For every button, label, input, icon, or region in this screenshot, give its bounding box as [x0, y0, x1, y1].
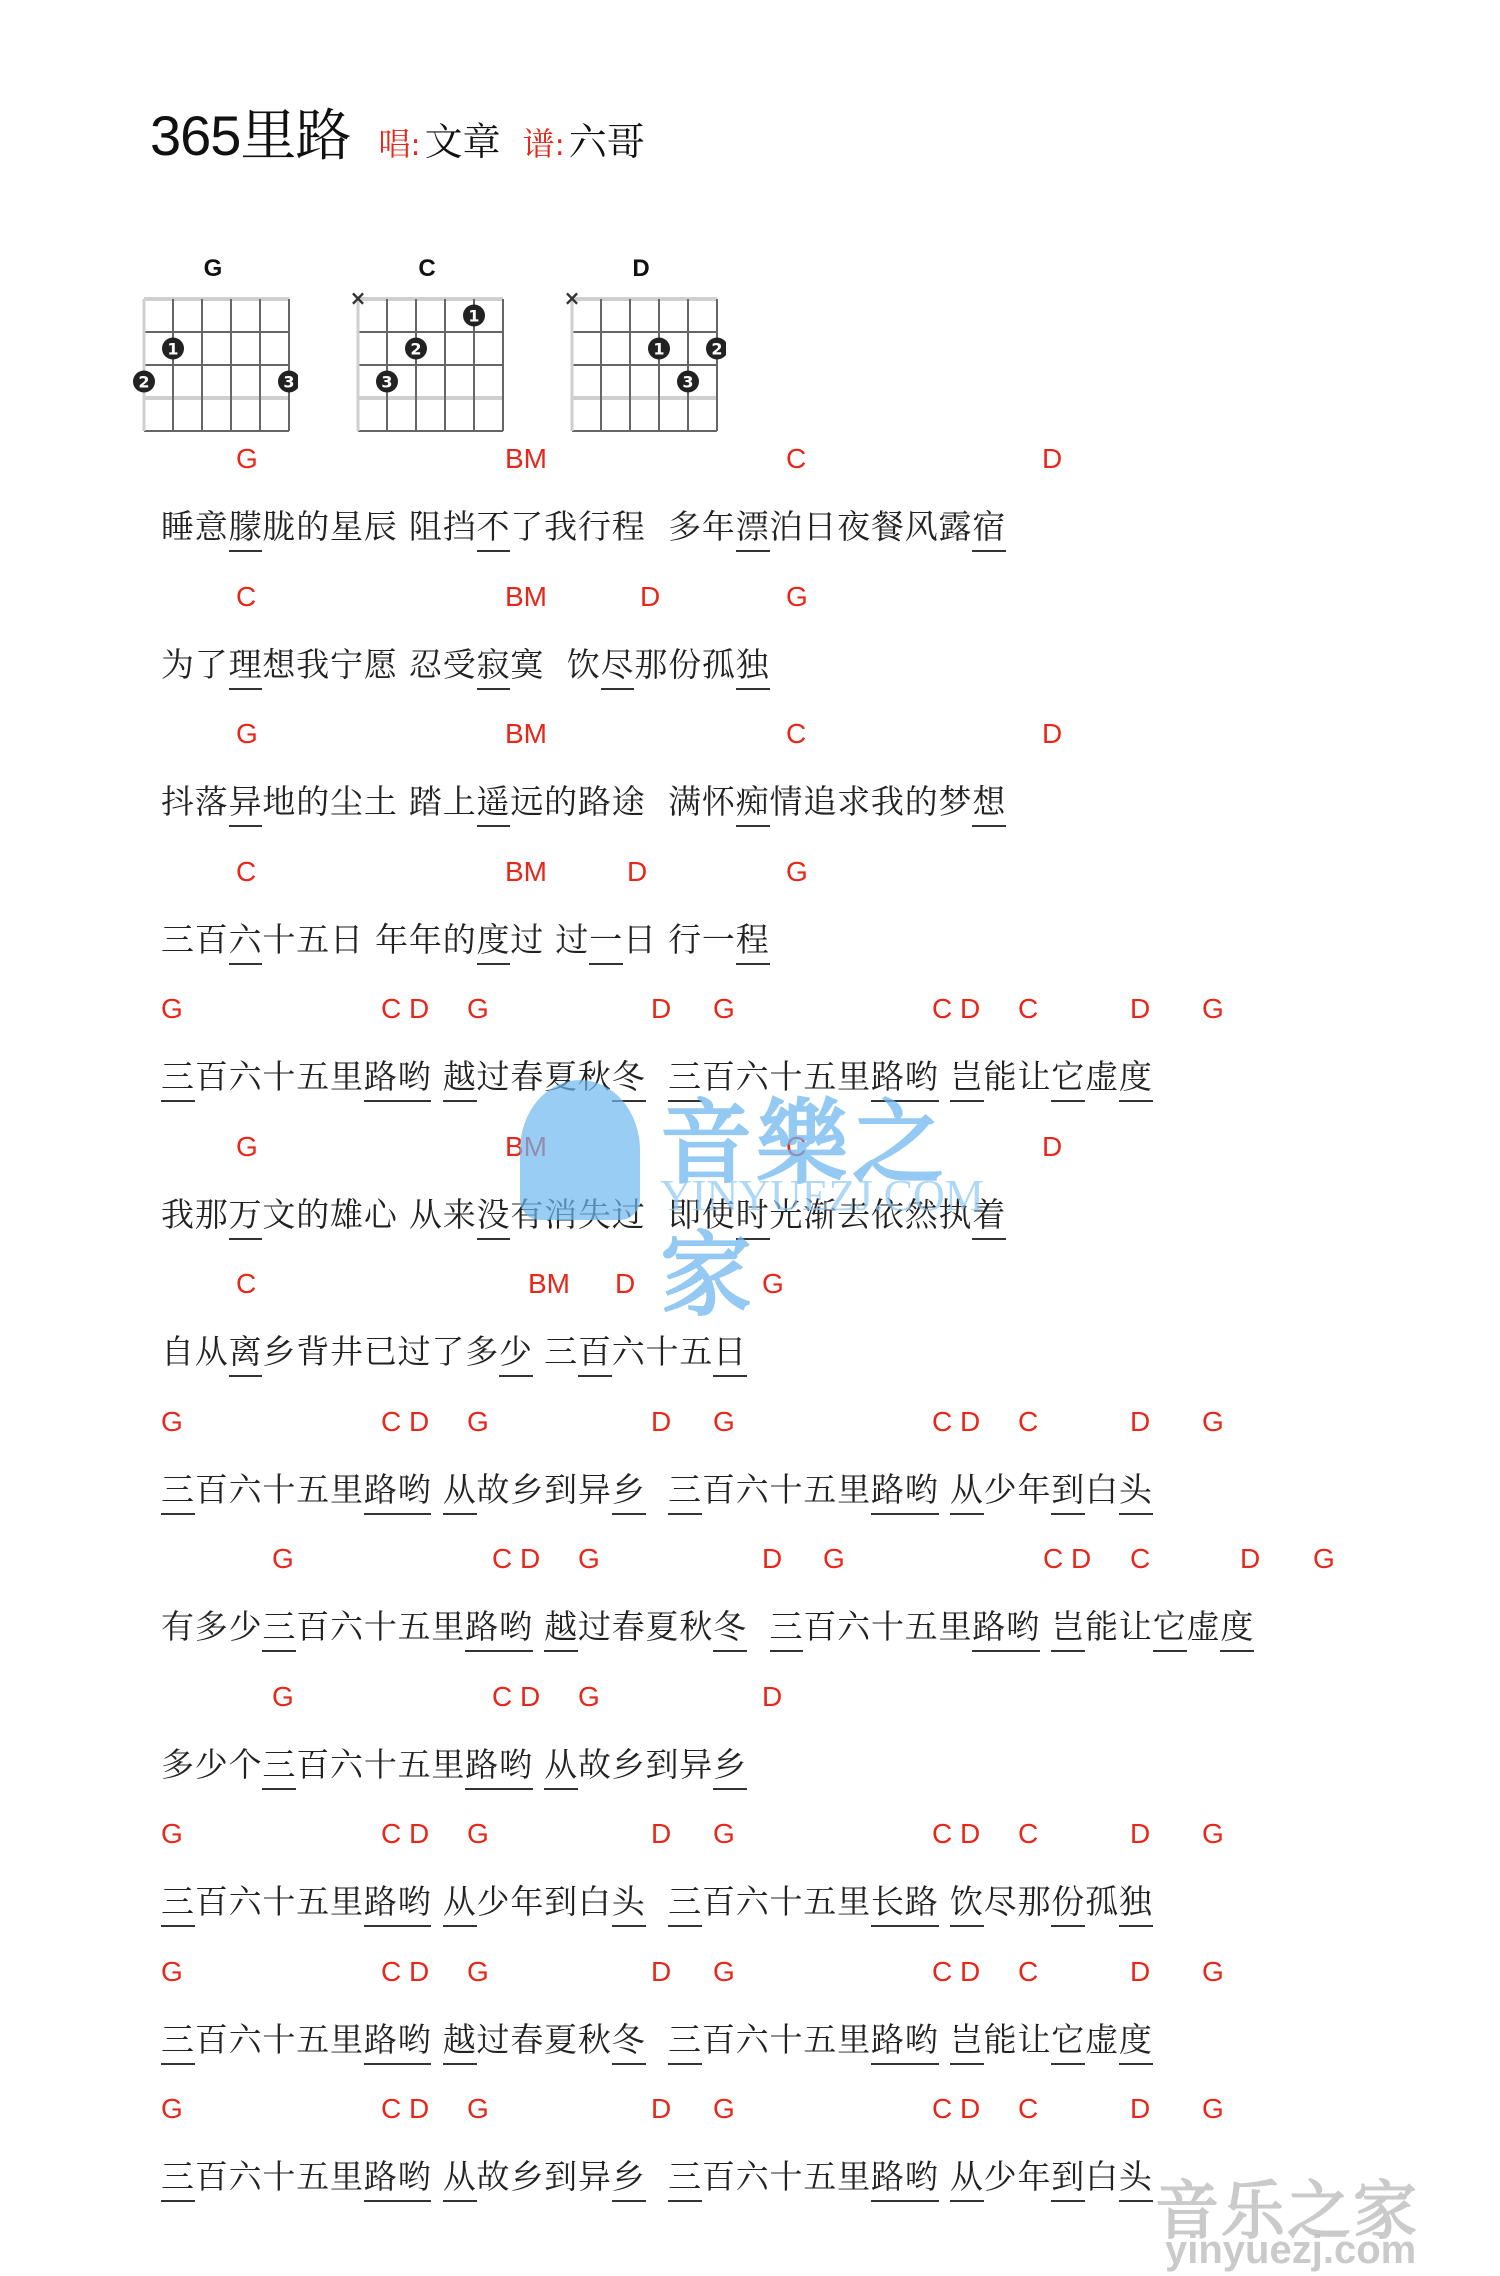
- chord-symbol: G: [236, 718, 258, 750]
- chord-symbol: C: [786, 1131, 806, 1163]
- chord-symbol: G: [1202, 2093, 1224, 2125]
- chord-symbol: BM: [505, 856, 547, 888]
- chord-symbol: D: [1042, 718, 1062, 750]
- chord-anchor-syllable: 头: [1119, 1470, 1153, 1515]
- chord-anchor-syllable: 路哟: [364, 1882, 432, 1927]
- chord-anchor-syllable: 饮: [950, 1882, 984, 1927]
- arranger-sep: :: [555, 128, 565, 163]
- chord-symbol: D: [615, 1268, 635, 1300]
- chord-anchor-syllable: 独: [736, 645, 770, 690]
- chord-anchor-syllable: 它: [1153, 1607, 1187, 1652]
- chord-anchor-syllable: 没: [477, 1195, 511, 1240]
- chord-symbol: C: [786, 443, 806, 475]
- chord-symbol: D: [651, 993, 671, 1025]
- svg-text:2: 2: [138, 373, 149, 392]
- chord-anchor-syllable: 三: [161, 2020, 195, 2065]
- chord-symbol: G: [161, 1956, 183, 1988]
- chord-symbol: D: [1130, 2093, 1150, 2125]
- chord-anchor-syllable: 三: [668, 1057, 702, 1102]
- chord-anchor-syllable: 三: [770, 1607, 804, 1652]
- chord-symbol: C: [1018, 993, 1038, 1025]
- chord-symbol: G: [161, 993, 183, 1025]
- chord-anchor-syllable: 想: [972, 782, 1006, 827]
- chord-anchor-syllable: 到: [1051, 1470, 1085, 1515]
- chord-symbol: G: [161, 1818, 183, 1850]
- chord-symbol: D: [651, 2093, 671, 2125]
- chord-symbol: C D: [932, 1818, 980, 1850]
- chord-symbol: G: [161, 2093, 183, 2125]
- svg-text:2: 2: [711, 340, 722, 359]
- chord-symbol: D: [640, 581, 660, 613]
- svg-text:3: 3: [682, 373, 693, 392]
- chord-anchor-syllable: 从: [443, 1882, 477, 1927]
- chord-anchor-syllable: 路哟: [972, 1607, 1040, 1652]
- chord-symbol: G: [713, 2093, 735, 2125]
- watermark-url: yinyuezj.com: [1165, 2228, 1416, 2273]
- singer-sep: :: [410, 128, 420, 163]
- chord-anchor-syllable: 越: [443, 2020, 477, 2065]
- chord-anchor-syllable: 长路: [871, 1882, 939, 1927]
- chord-symbol: G: [161, 1406, 183, 1438]
- chord-anchor-syllable: 路哟: [364, 1470, 432, 1515]
- chord-anchor-syllable: 三: [668, 2020, 702, 2065]
- chord-anchor-syllable: 度: [1119, 1057, 1153, 1102]
- chord-symbol: C: [236, 581, 256, 613]
- lyric-text: 我那万文的雄心 从来没有消失过 即使时光渐去依然执着: [161, 1189, 1006, 1236]
- chord-anchor-syllable: 三: [668, 2157, 702, 2202]
- chord-symbol: G: [578, 1681, 600, 1713]
- chord-anchor-syllable: 越: [544, 1607, 578, 1652]
- chord-anchor-syllable: 三: [161, 1057, 195, 1102]
- chord-anchor-syllable: 度: [1220, 1607, 1254, 1652]
- chord-anchor-syllable: 寂: [477, 645, 511, 690]
- chord-symbol: C: [236, 856, 256, 888]
- chord-symbol: BM: [528, 1268, 570, 1300]
- chord-symbol: D: [651, 1956, 671, 1988]
- chord-symbol: D: [1042, 1131, 1062, 1163]
- chord-diagram-d: D ×123: [556, 255, 726, 435]
- chord-symbol: C: [236, 1268, 256, 1300]
- chord-symbol: C D: [381, 1406, 429, 1438]
- chord-symbol: C: [786, 718, 806, 750]
- chord-anchor-syllable: 路哟: [364, 2020, 432, 2065]
- chord-symbol: D: [1130, 1956, 1150, 1988]
- chord-anchor-syllable: 份: [1051, 1882, 1085, 1927]
- chord-anchor-syllable: 路哟: [465, 1607, 533, 1652]
- chord-anchor-syllable: 日: [713, 1332, 747, 1377]
- chord-anchor-syllable: 岂: [950, 2020, 984, 2065]
- chord-symbol: BM: [505, 718, 547, 750]
- chord-symbol: C: [1018, 1956, 1038, 1988]
- chord-anchor-syllable: 路哟: [465, 1745, 533, 1790]
- chord-anchor-syllable: 头: [1119, 2157, 1153, 2202]
- svg-text:×: ×: [350, 286, 367, 310]
- lyric-text: 三百六十五里路哟 越过春夏秋冬 三百六十五里路哟 岂能让它虚度: [161, 1051, 1153, 1098]
- chord-symbol: D: [1130, 1818, 1150, 1850]
- lyric-text: 有多少三百六十五里路哟 越过春夏秋冬 三百六十五里路哟 岂能让它虚度: [161, 1601, 1254, 1648]
- chord-symbol: C D: [932, 2093, 980, 2125]
- chord-symbol: G: [713, 993, 735, 1025]
- chord-anchor-syllable: 六: [229, 920, 263, 965]
- chord-symbol: G: [1313, 1543, 1335, 1575]
- chord-anchor-syllable: 路哟: [871, 1470, 939, 1515]
- chord-symbol: G: [1202, 1406, 1224, 1438]
- chord-symbol: G: [713, 1956, 735, 1988]
- fretboard-g-icon: 123: [128, 285, 298, 435]
- chord-anchor-syllable: 万: [229, 1195, 263, 1240]
- lyric-text: 三百六十五里路哟 越过春夏秋冬 三百六十五里路哟 岂能让它虚度: [161, 2014, 1153, 2061]
- chord-anchor-syllable: 百: [578, 1332, 612, 1377]
- chord-symbol: G: [236, 1131, 258, 1163]
- chord-symbol: G: [467, 1406, 489, 1438]
- chord-anchor-syllable: 宿: [972, 507, 1006, 552]
- chord-diagram-name: C: [342, 255, 512, 283]
- chord-diagram-g: G 123: [128, 255, 298, 435]
- chord-anchor-syllable: 从: [544, 1745, 578, 1790]
- chord-anchor-syllable: 路哟: [364, 1057, 432, 1102]
- chord-anchor-syllable: 三: [262, 1745, 296, 1790]
- svg-text:3: 3: [283, 373, 294, 392]
- lyric-text: 三百六十五里路哟 从故乡到异乡 三百六十五里路哟 从少年到白头: [161, 1464, 1153, 1511]
- chord-anchor-syllable: 冬: [713, 1607, 747, 1652]
- singer-name: 文章: [425, 111, 501, 166]
- lyric-text: 三百六十五日 年年的度过 过一日 行一程: [161, 914, 770, 961]
- chord-anchor-syllable: 岂: [950, 1057, 984, 1102]
- chord-symbol: C D: [381, 993, 429, 1025]
- chord-symbol: C: [1130, 1543, 1150, 1575]
- chord-anchor-syllable: 从: [950, 2157, 984, 2202]
- chord-symbol: C D: [492, 1543, 540, 1575]
- chord-anchor-syllable: 时: [736, 1195, 770, 1240]
- chord-symbol: C D: [932, 1956, 980, 1988]
- chord-symbol: D: [762, 1543, 782, 1575]
- lyric-text: 三百六十五里路哟 从少年到白头 三百六十五里长路 饮尽那份孤独: [161, 1876, 1153, 1923]
- chord-symbol: G: [467, 1956, 489, 1988]
- chord-symbol: G: [272, 1681, 294, 1713]
- chord-anchor-syllable: 头: [612, 1882, 646, 1927]
- svg-text:1: 1: [468, 307, 479, 326]
- chord-symbol: G: [467, 993, 489, 1025]
- lyric-text: 多少个三百六十五里路哟 从故乡到异乡: [161, 1739, 747, 1786]
- chord-anchor-syllable: 少: [499, 1332, 533, 1377]
- chord-symbol: D: [627, 856, 647, 888]
- chord-anchor-syllable: 路哟: [871, 1057, 939, 1102]
- singer-label: 唱: [378, 119, 410, 165]
- chord-anchor-syllable: 三: [161, 1470, 195, 1515]
- chord-symbol: D: [1042, 443, 1062, 475]
- chord-anchor-syllable: 从: [443, 1470, 477, 1515]
- chord-anchor-syllable: 岂: [1051, 1607, 1085, 1652]
- chord-symbol: C D: [492, 1681, 540, 1713]
- chord-symbol: C: [1018, 1818, 1038, 1850]
- chord-symbol: G: [1202, 993, 1224, 1025]
- watermark-corner: 音乐之家 yinyuezj.com: [1135, 2160, 1495, 2276]
- chord-symbol: G: [786, 856, 808, 888]
- chord-anchor-syllable: 路哟: [871, 2020, 939, 2065]
- lyric-text: 为了理想我宁愿 忍受寂寞 饮尽那份孤独: [161, 639, 770, 686]
- chord-symbol: G: [713, 1818, 735, 1850]
- chord-anchor-syllable: 痴: [736, 782, 770, 827]
- chord-anchor-syllable: 尽: [601, 645, 635, 690]
- chord-symbol: G: [272, 1543, 294, 1575]
- chord-anchor-syllable: 度: [477, 920, 511, 965]
- chord-symbol: G: [823, 1543, 845, 1575]
- chord-symbol: D: [762, 1681, 782, 1713]
- chord-symbol: C D: [932, 993, 980, 1025]
- lyric-text: 三百六十五里路哟 从故乡到异乡 三百六十五里路哟 从少年到白头: [161, 2151, 1153, 2198]
- chord-symbol: D: [1130, 993, 1150, 1025]
- chord-anchor-syllable: 度: [1119, 2020, 1153, 2065]
- chord-symbol: BM: [505, 443, 547, 475]
- svg-text:×: ×: [564, 286, 581, 310]
- chord-anchor-syllable: 从: [443, 2157, 477, 2202]
- chord-symbol: G: [467, 1818, 489, 1850]
- chord-anchor-syllable: 三: [161, 1882, 195, 1927]
- chord-anchor-syllable: 朦: [229, 507, 263, 552]
- chord-symbol: G: [1202, 1818, 1224, 1850]
- chord-symbol: G: [762, 1268, 784, 1300]
- chord-diagram-name: D: [556, 255, 726, 283]
- chord-anchor-syllable: 漂: [736, 507, 770, 552]
- chord-anchor-syllable: 离: [229, 1332, 263, 1377]
- arranger-label: 谱: [523, 119, 555, 165]
- chord-anchor-syllable: 乡: [612, 1470, 646, 1515]
- chord-anchor-syllable: 遥: [477, 782, 511, 827]
- chord-anchor-syllable: 它: [1051, 2020, 1085, 2065]
- chord-symbol: C D: [381, 1956, 429, 1988]
- chord-anchor-syllable: 从: [950, 1470, 984, 1515]
- chord-diagram-c: C ×123: [342, 255, 512, 435]
- chord-symbol: C: [1018, 2093, 1038, 2125]
- chord-anchor-syllable: 路哟: [364, 2157, 432, 2202]
- chord-symbol: D: [1130, 1406, 1150, 1438]
- chord-anchor-syllable: 理: [229, 645, 263, 690]
- chord-anchor-syllable: 乡: [612, 2157, 646, 2202]
- chord-symbol: BM: [505, 581, 547, 613]
- fretboard-c-icon: ×123: [342, 285, 512, 435]
- chord-anchor-syllable: 三: [668, 1882, 702, 1927]
- chord-symbol: G: [1202, 1956, 1224, 1988]
- lyric-text: 睡意朦胧的星辰 阻挡不了我行程 多年漂泊日夜餐风露宿: [161, 501, 1006, 548]
- watermark-text: 音乐之家: [1155, 2160, 1419, 2252]
- chord-anchor-syllable: 一: [589, 920, 623, 965]
- chord-symbol: G: [578, 1543, 600, 1575]
- song-header: 365里路 唱 : 文章 谱 : 六哥: [150, 92, 645, 162]
- chord-anchor-syllable: 越: [443, 1057, 477, 1102]
- chord-symbol: D: [1240, 1543, 1260, 1575]
- chord-symbol: C D: [381, 1818, 429, 1850]
- chord-symbol: C D: [932, 1406, 980, 1438]
- chord-anchor-syllable: 到: [1051, 2157, 1085, 2202]
- svg-text:1: 1: [167, 340, 178, 359]
- chord-anchor-syllable: 独: [1119, 1882, 1153, 1927]
- chord-anchor-syllable: 它: [1051, 1057, 1085, 1102]
- chord-symbol: G: [236, 443, 258, 475]
- chord-anchor-syllable: 乡: [713, 1745, 747, 1790]
- lyric-text: 自从离乡背井已过了多少 三百六十五日: [161, 1326, 747, 1373]
- lyric-text: 抖落异地的尘土 踏上遥远的路途 满怀痴情追求我的梦想: [161, 776, 1006, 823]
- chord-anchor-syllable: 不: [477, 507, 511, 552]
- chord-diagram-name: G: [128, 255, 298, 283]
- chord-symbol: C: [1018, 1406, 1038, 1438]
- chord-symbol: C D: [1043, 1543, 1091, 1575]
- song-title: 365里路: [150, 92, 350, 172]
- chord-symbol: G: [467, 2093, 489, 2125]
- chord-anchor-syllable: 异: [229, 782, 263, 827]
- fretboard-d-icon: ×123: [556, 285, 726, 435]
- chord-anchor-syllable: 冬: [612, 1057, 646, 1102]
- chord-anchor-syllable: 冬: [612, 2020, 646, 2065]
- chord-anchor-syllable: 三: [262, 1607, 296, 1652]
- chord-symbol: D: [651, 1818, 671, 1850]
- chord-anchor-syllable: 三: [668, 1470, 702, 1515]
- svg-text:3: 3: [381, 373, 392, 392]
- chord-symbol: G: [713, 1406, 735, 1438]
- svg-text:1: 1: [653, 340, 664, 359]
- chord-anchor-syllable: 着: [972, 1195, 1006, 1240]
- chord-symbol: D: [651, 1406, 671, 1438]
- chord-symbol: G: [786, 581, 808, 613]
- chord-symbol: C D: [381, 2093, 429, 2125]
- chord-anchor-syllable: 程: [736, 920, 770, 965]
- arranger-name: 六哥: [569, 111, 645, 166]
- chord-symbol: BM: [505, 1131, 547, 1163]
- chord-anchor-syllable: 三: [161, 2157, 195, 2202]
- svg-text:2: 2: [410, 340, 421, 359]
- chord-anchor-syllable: 路哟: [871, 2157, 939, 2202]
